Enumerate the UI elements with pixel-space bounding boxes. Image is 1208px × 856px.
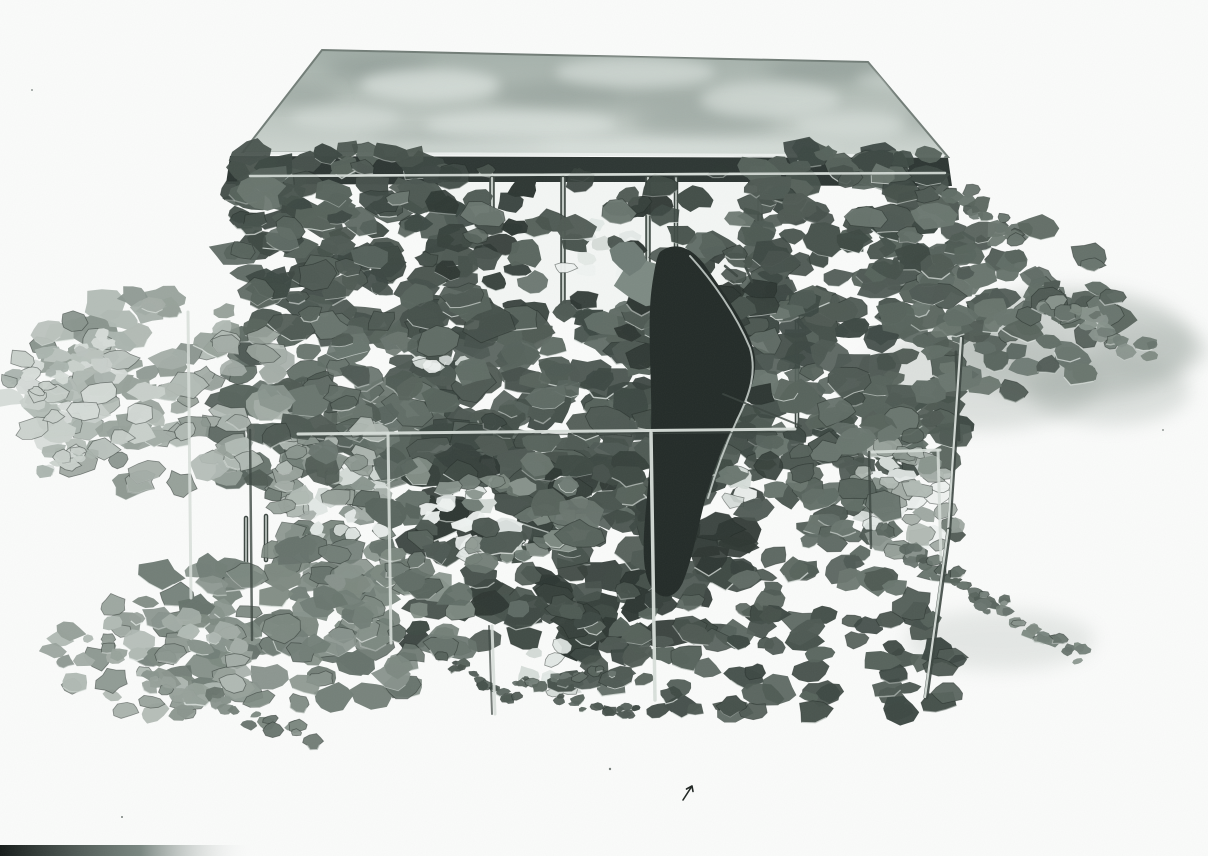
film-grain-overlay: [0, 0, 1208, 856]
photo-canvas: [0, 0, 1208, 856]
photograph: [0, 0, 1208, 856]
